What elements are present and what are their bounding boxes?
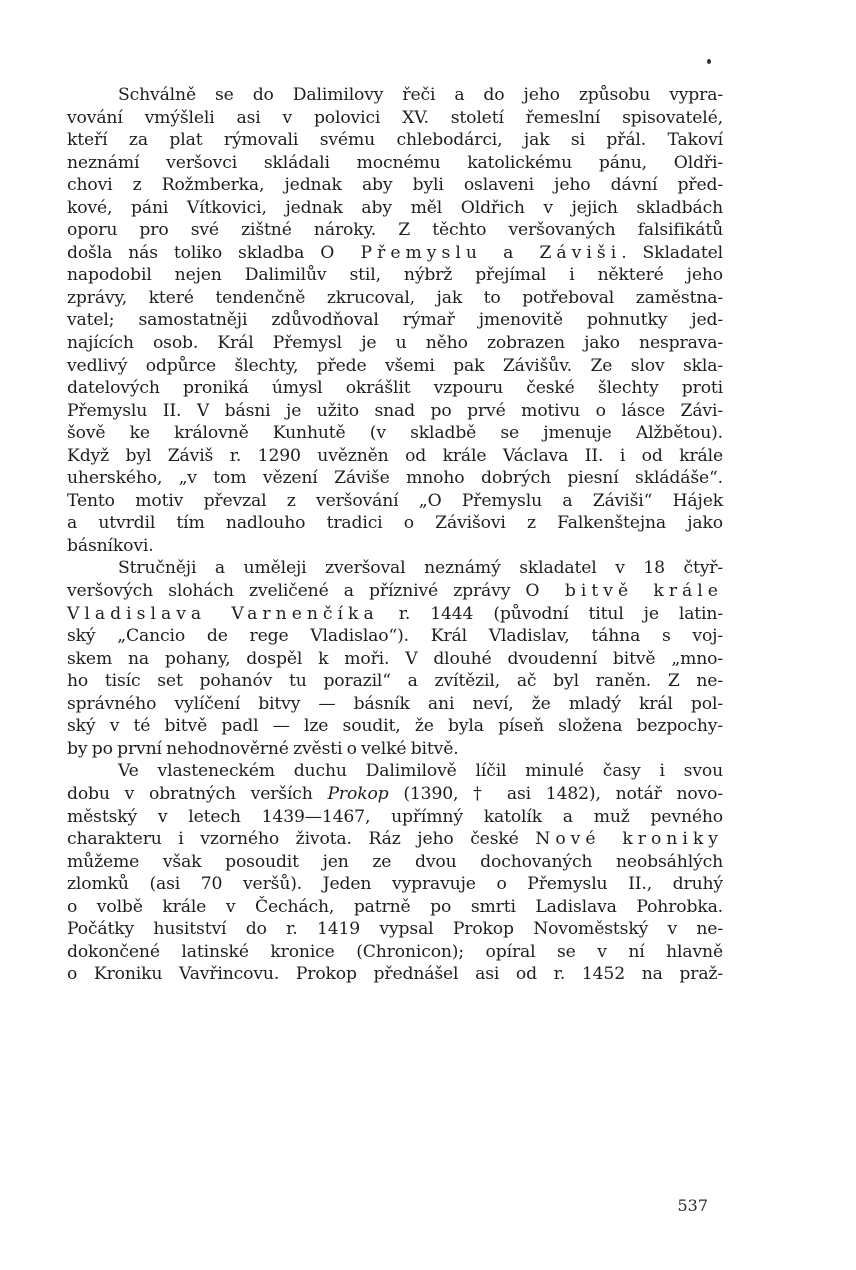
text-run: veršových slohách zveličené a příznivé z… <box>67 581 510 601</box>
text-run: charakteru i vzorného života. Ráz jeho č… <box>67 829 519 849</box>
paragraph-1: Schválně se do Dalimilovy řeči a do jeho… <box>67 84 723 557</box>
text-line: správného vylíčení bitvy — básník ani ne… <box>67 693 723 716</box>
text-line: vatel; samostatněji zdůvodňoval rýmař jm… <box>67 309 723 332</box>
book-page-text: Schválně se do Dalimilovy řeči a do jeho… <box>67 84 723 986</box>
text-line: můžeme však posoudit jen ze dvou dochova… <box>67 851 723 874</box>
text-line: najících osob. Král Přemysl je u něho zo… <box>67 332 723 355</box>
text-line: básníkovi. <box>67 535 723 558</box>
text-line: a utvrdil tím nadlouho tradici o Závišov… <box>67 512 723 535</box>
text-line: dobu v obratných verších Prokop (1390, †… <box>67 783 723 806</box>
spaced-title: Vladislava Varnenčíka <box>67 604 379 624</box>
text-run: r. 1444 (původní titul je latin- <box>379 604 723 624</box>
spaced-title: Nové kroniky <box>535 829 723 849</box>
text-line: došla nás toliko skladba O Přemyslu a Zá… <box>67 242 723 265</box>
text-line: neznámí veršovci skládali mocnému katoli… <box>67 152 723 175</box>
text-line: datelových proniká úmysl okrášlit vzpour… <box>67 377 723 400</box>
text-line: oporu pro své zištné nároky. Z těchto ve… <box>67 219 723 242</box>
text-run: dobu v obratných verších <box>67 784 313 804</box>
text-run: došla nás toliko skladba <box>67 243 304 263</box>
text-line: kteří za plat rýmovali svému chlebodárci… <box>67 129 723 152</box>
text-line: veršových slohách zveličené a příznivé z… <box>67 580 723 603</box>
text-line: uherského, „v tom vězení Záviše mnoho do… <box>67 467 723 490</box>
text-line: zlomků (asi 70 veršů). Jeden vypravuje o… <box>67 873 723 896</box>
text-line: městský v letech 1439—1467, upřímný kato… <box>67 806 723 829</box>
text-line: charakteru i vzorného života. Ráz jeho č… <box>67 828 723 851</box>
text-line: vování vmýšleli asi v polovici XV. stole… <box>67 107 723 130</box>
spaced-title: O bitvě krále <box>525 581 723 601</box>
spaced-title: O Přemyslu a Záviši <box>320 243 621 263</box>
italic-name: Prokop <box>328 784 389 804</box>
scan-speck <box>707 59 711 64</box>
text-line: šově ke královně Kunhutě (v skladbě se j… <box>67 422 723 445</box>
text-line: Stručněji a uměleji zveršoval neznámý sk… <box>67 557 723 580</box>
text-line: o volbě krále v Čechách, patrně po smrti… <box>67 896 723 919</box>
text-line: by po první nehodnověrné zvěsti o velké … <box>67 738 723 761</box>
text-line: skem na pohany, dospěl k moři. V dlouhé … <box>67 648 723 671</box>
text-line: ský v té bitvě padl — lze soudit, že byl… <box>67 715 723 738</box>
text-line: ský „Cancio de rege Vladislao“). Král Vl… <box>67 625 723 648</box>
text-line: chovi z Rožmberka, jednak aby byli oslav… <box>67 174 723 197</box>
text-line: Počátky husitství do r. 1419 vypsal Prok… <box>67 918 723 941</box>
text-line: Když byl Záviš r. 1290 uvězněn od krále … <box>67 445 723 468</box>
text-line: Ve vlasteneckém duchu Dalimilově líčil m… <box>67 760 723 783</box>
text-line: Přemyslu II. V básni je užito snad po pr… <box>67 400 723 423</box>
text-line: dokončené latinské kronice (Chronicon); … <box>67 941 723 964</box>
text-line: Tento motiv převzal z veršování „O Přemy… <box>67 490 723 513</box>
page-number: 537 <box>677 1196 708 1215</box>
text-line: zprávy, které tendenčně zkrucoval, jak t… <box>67 287 723 310</box>
text-line: Vladislava Varnenčíka r. 1444 (původní t… <box>67 603 723 626</box>
text-line: kové, páni Vítkovici, jednak aby měl Old… <box>67 197 723 220</box>
text-line: vedlivý odpůrce šlechty, přede všemi pak… <box>67 355 723 378</box>
text-line: napodobil nejen Dalimilův stil, nýbrž př… <box>67 264 723 287</box>
text-line: o Kroniku Vavřincovu. Prokop přednášel a… <box>67 963 723 986</box>
text-run: . Skladatel <box>621 243 723 263</box>
text-line: Schválně se do Dalimilovy řeči a do jeho… <box>67 84 723 107</box>
text-line: ho tisíc set pohanóv tu porazil“ a zvítě… <box>67 670 723 693</box>
text-run: (1390, † asi 1482), notář novo- <box>389 784 723 804</box>
paragraph-2: Stručněji a uměleji zveršoval neznámý sk… <box>67 557 723 760</box>
paragraph-3: Ve vlasteneckém duchu Dalimilově líčil m… <box>67 760 723 985</box>
